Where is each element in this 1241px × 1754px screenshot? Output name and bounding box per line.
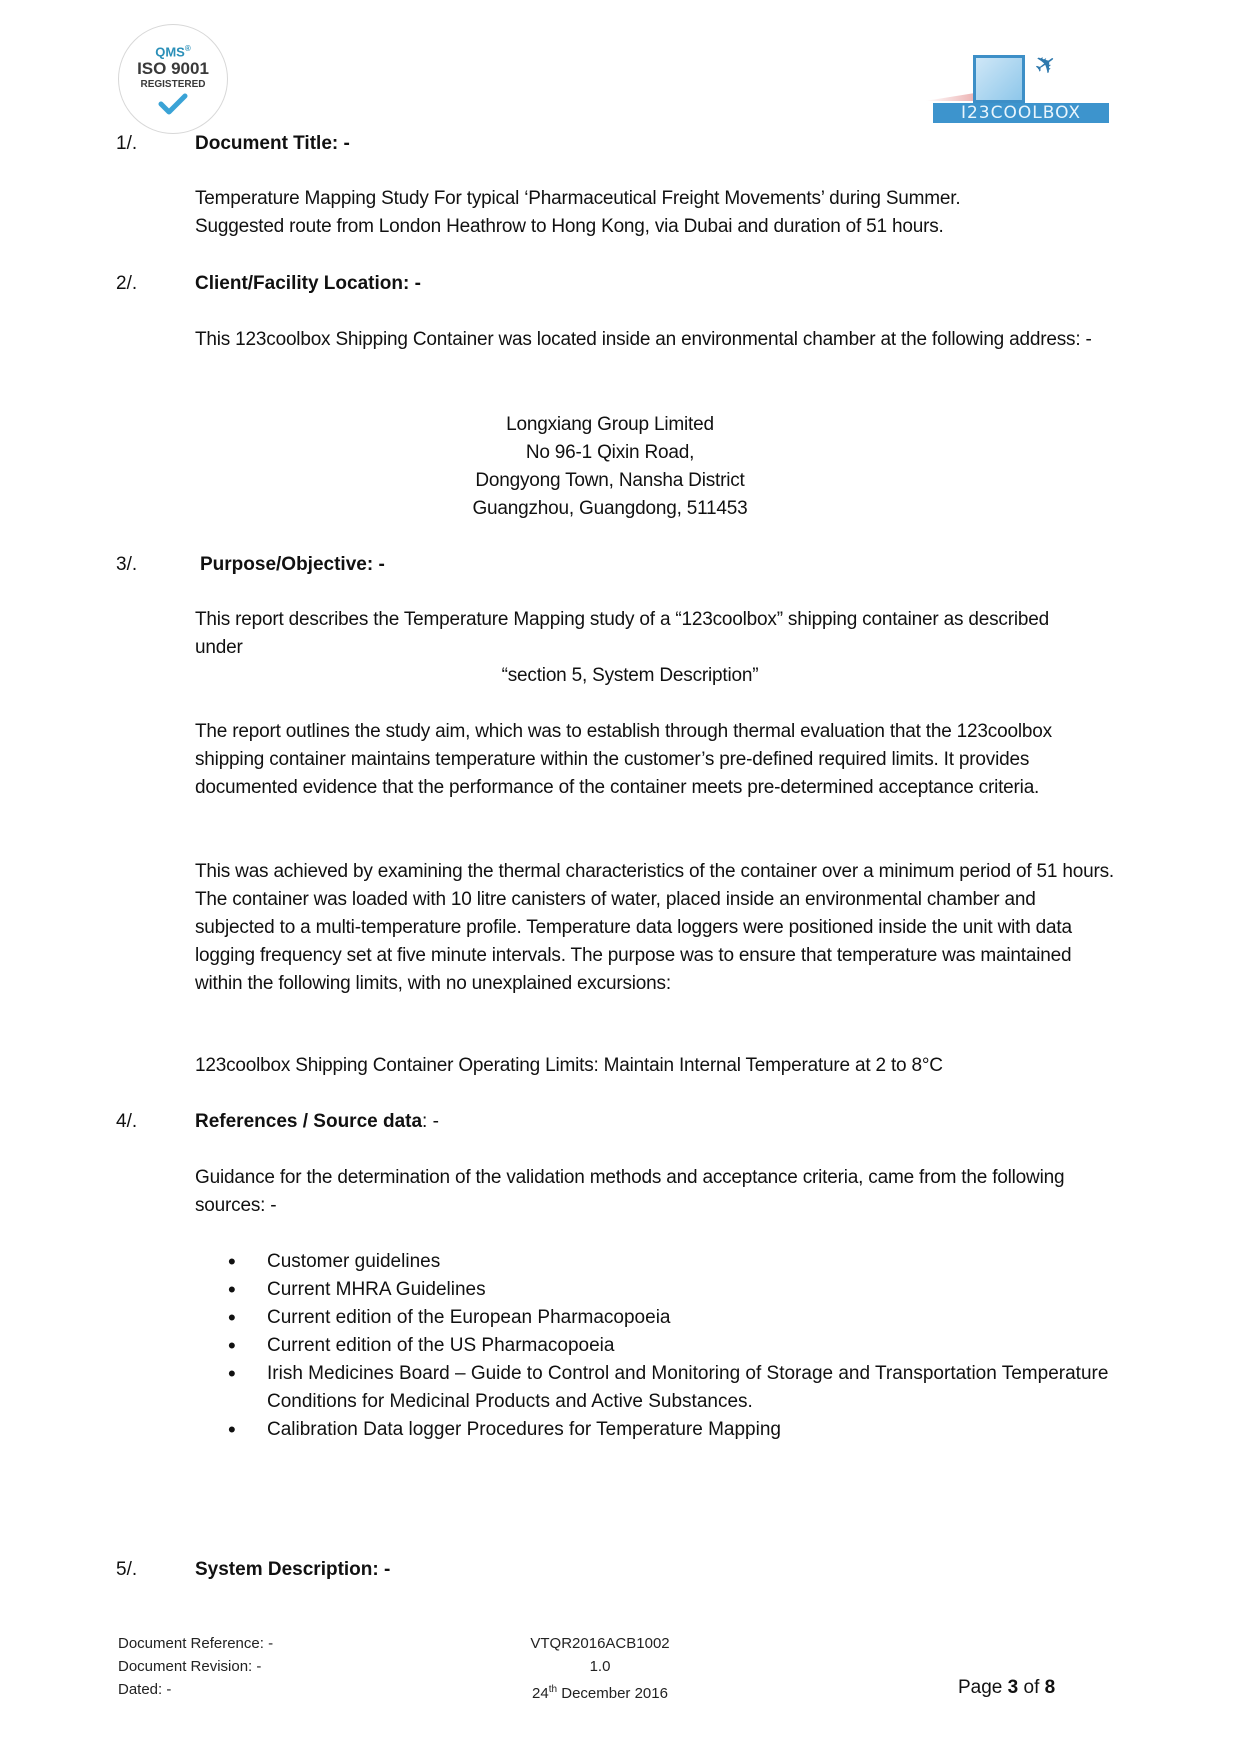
document-title-line-1: Temperature Mapping Study For typical ‘P… — [195, 185, 1130, 213]
list-item: Current MHRA Guidelines — [192, 1276, 1112, 1304]
section-4-number: 4/. — [116, 1108, 176, 1136]
section-4-heading-text: References / Source data — [195, 1111, 422, 1132]
page-prefix: Page — [958, 1677, 1008, 1698]
date-day: 24 — [532, 1685, 549, 1702]
list-item: Irish Medicines Board – Guide to Control… — [192, 1360, 1112, 1416]
document-title-line-2: Suggested route from London Heathrow to … — [195, 213, 1130, 241]
list-item: Current edition of the European Pharmaco… — [192, 1304, 1112, 1332]
iso-9001-badge: QMS® ISO 9001 REGISTERED — [118, 24, 228, 134]
logo-box-icon — [973, 55, 1025, 103]
logo-text: I23COOLBOX — [933, 103, 1109, 123]
check-icon — [158, 93, 188, 115]
section-5-number: 5/. — [116, 1556, 176, 1584]
purpose-paragraph-2: The report outlines the study aim, which… — [195, 718, 1120, 802]
page-of: of — [1018, 1677, 1044, 1698]
document-reference: VTQR2016ACB1002 — [480, 1632, 720, 1655]
section-1-heading: Document Title: - — [195, 130, 350, 158]
page-number: Page 3 of 8 — [958, 1677, 1055, 1699]
list-item: Current edition of the US Pharmacopoeia — [192, 1332, 1112, 1360]
section-reference-quote: “section 5, System Description” — [420, 662, 840, 690]
section-2-number: 2/. — [116, 270, 176, 298]
document-date: 24th December 2016 — [480, 1678, 720, 1705]
references-intro: Guidance for the determination of the va… — [195, 1164, 1130, 1220]
location-intro: This 123coolbox Shipping Container was l… — [195, 326, 1125, 354]
date-rest: December 2016 — [557, 1685, 668, 1702]
footer-revision-label: Document Revision: - — [118, 1655, 273, 1678]
facility-address: Longxiang Group Limited No 96-1 Qixin Ro… — [430, 411, 790, 523]
address-line: Longxiang Group Limited — [430, 411, 790, 439]
address-line: Dongyong Town, Nansha District — [430, 467, 790, 495]
section-3-number: 3/. — [116, 551, 176, 579]
document-title-text: Temperature Mapping Study For typical ‘P… — [195, 185, 1130, 241]
footer-labels: Document Reference: - Document Revision:… — [118, 1632, 273, 1701]
footer-dated-label: Dated: - — [118, 1678, 273, 1701]
section-4-heading-suffix: : - — [422, 1111, 439, 1132]
section-4-heading: References / Source data: - — [195, 1108, 439, 1136]
document-revision: 1.0 — [480, 1655, 720, 1678]
page-current: 3 — [1008, 1677, 1019, 1698]
purpose-paragraph-1: This report describes the Temperature Ma… — [195, 606, 1100, 662]
list-item: Calibration Data logger Procedures for T… — [192, 1416, 1112, 1444]
section-5-heading: System Description: - — [195, 1556, 390, 1584]
footer-reference-label: Document Reference: - — [118, 1632, 273, 1655]
address-line: Guangzhou, Guangdong, 511453 — [430, 495, 790, 523]
airplane-icon: ✈ — [1028, 46, 1064, 84]
address-line: No 96-1 Qixin Road, — [430, 439, 790, 467]
section-1-number: 1/. — [116, 130, 176, 158]
references-list: Customer guidelines Current MHRA Guideli… — [192, 1248, 1112, 1444]
badge-standard: ISO 9001 — [119, 59, 227, 78]
section-3-heading: Purpose/Objective: - — [200, 551, 385, 579]
badge-status: REGISTERED — [119, 78, 227, 91]
list-item: Customer guidelines — [192, 1248, 1112, 1276]
badge-brand: QMS® — [119, 42, 227, 59]
purpose-paragraph-3: This was achieved by examining the therm… — [195, 858, 1120, 998]
footer-values: VTQR2016ACB1002 1.0 24th December 2016 — [480, 1632, 720, 1705]
company-logo: ✈ I23COOLBOX — [925, 45, 1115, 123]
operating-limits: 123coolbox Shipping Container Operating … — [195, 1052, 1130, 1080]
section-2-heading: Client/Facility Location: - — [195, 270, 421, 298]
date-suffix: th — [549, 1684, 557, 1695]
page-total: 8 — [1045, 1677, 1056, 1698]
